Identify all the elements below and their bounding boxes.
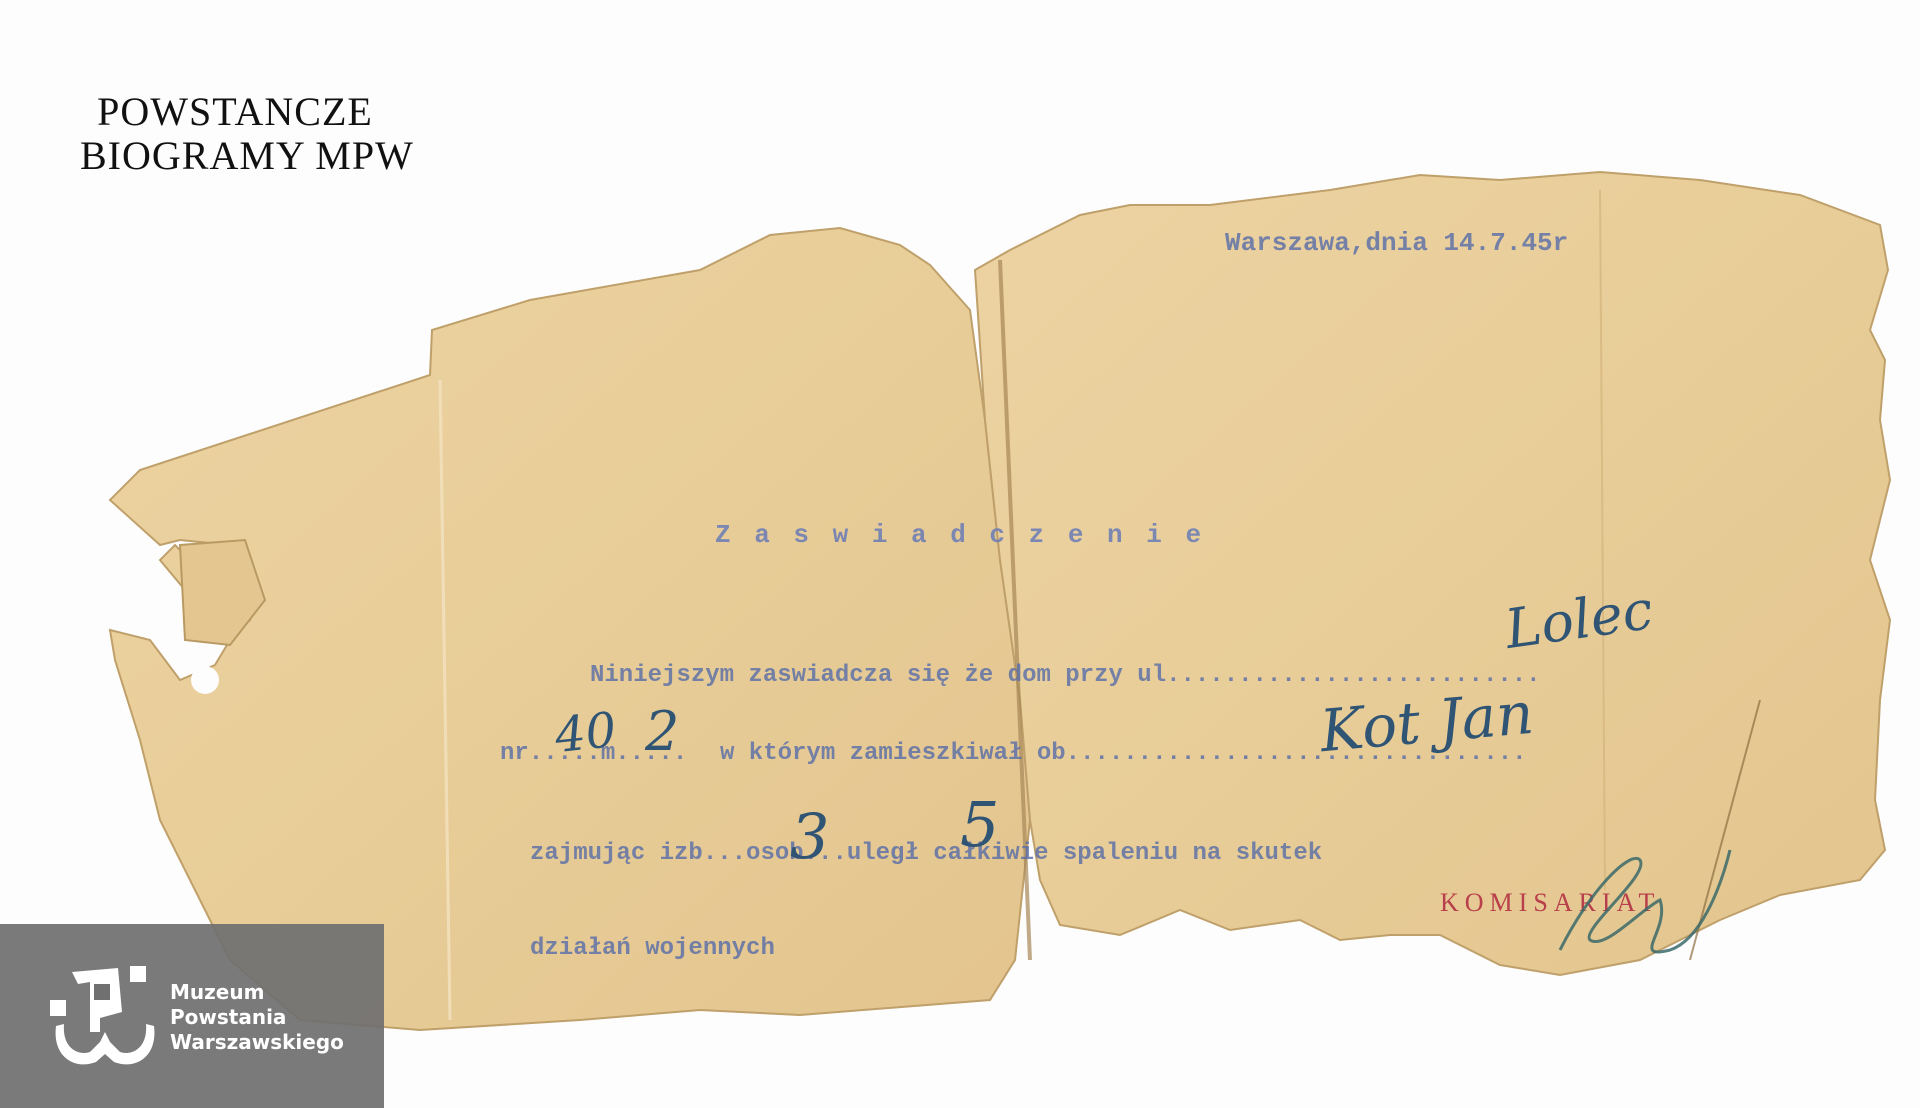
document-title: Z a s w i a d c z e n i e (715, 520, 1205, 550)
museum-watermark: Muzeum Powstania Warszawskiego (0, 924, 384, 1108)
signature-icon (1520, 830, 1760, 970)
handwritten-flat-number: 2 (645, 700, 679, 763)
museum-name-line-3: Warszawskiego (170, 1030, 344, 1055)
handwritten-persons: 5 (960, 788, 999, 861)
museum-name-line-1: Muzeum (170, 980, 344, 1005)
place-date: Warszawa,dnia 14.7.45r (1225, 228, 1568, 258)
museum-name: Muzeum Powstania Warszawskiego (170, 980, 344, 1055)
museum-name-line-2: Powstania (170, 1005, 344, 1030)
handwritten-rooms: 3 (790, 800, 829, 873)
body-line-4: działań wojennych (530, 935, 775, 962)
body-line-1: Niniejszym zaswiadcza się że dom przy ul… (590, 662, 1541, 689)
body-line-3: zajmując izb...osob...uległ całkiwie spa… (530, 840, 1322, 867)
handwritten-house-number: 40 (552, 702, 619, 764)
kotwica-anchor-icon (50, 962, 160, 1072)
